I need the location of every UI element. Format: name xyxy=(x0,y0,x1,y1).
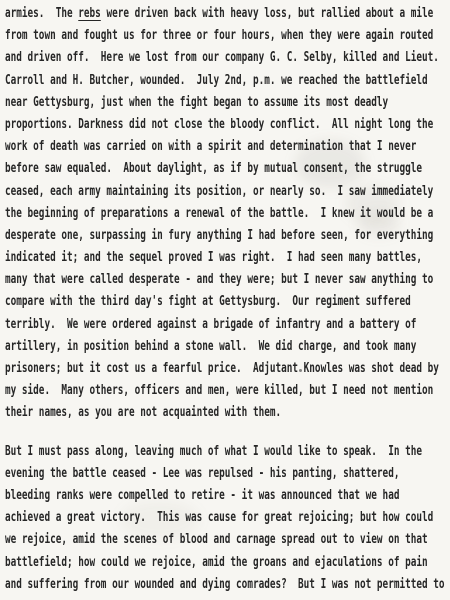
text-line: indicated it; and the sequel proved I wa… xyxy=(5,247,450,269)
paragraph-2: But I must pass along, leaving much of w… xyxy=(5,441,450,596)
text-line: compare with the third day's fight at Ge… xyxy=(5,291,450,313)
line1-pre: armies. The xyxy=(5,6,78,21)
line1-post: were driven back with heavy loss, but ra… xyxy=(101,6,433,21)
text-line: desperate one, surpassing in fury anythi… xyxy=(5,225,450,247)
text-line: Carroll and H. Butcher, wounded. July 2n… xyxy=(5,70,450,92)
text-line: before saw equaled. About daylight, as i… xyxy=(5,158,450,180)
text-line: work of death was carried on with a spir… xyxy=(5,136,450,158)
document-page: armies. The rebs were driven back with h… xyxy=(0,0,450,600)
text-line: ceased, each army maintaining its positi… xyxy=(5,181,450,203)
text-line: terribly. We were ordered against a brig… xyxy=(5,314,450,336)
paragraph-1: armies. The rebs were driven back with h… xyxy=(5,3,450,425)
text-line: achieved a great victory. This was cause… xyxy=(5,507,450,529)
text-line: bleeding ranks were compelled to retire … xyxy=(5,485,450,507)
text-line: prisoners; but it cost us a fearful pric… xyxy=(5,358,450,380)
text-line: from town and fought us for three or fou… xyxy=(5,25,450,47)
underlined-word-rebs: rebs xyxy=(78,6,101,21)
text-line: battlefield; how could we rejoice, amid … xyxy=(5,552,450,574)
text-line: and driven off. Here we lost from our co… xyxy=(5,47,450,69)
text-line: their names, as you are not acquainted w… xyxy=(5,402,450,424)
text-line: artillery, in position behind a stone wa… xyxy=(5,336,450,358)
text-line: evening the battle ceased - Lee was repu… xyxy=(5,463,450,485)
text-line: the beginning of preparations a renewal … xyxy=(5,203,450,225)
text-line: proportions. Darkness did not close the … xyxy=(5,114,450,136)
text-line: armies. The rebs were driven back with h… xyxy=(5,3,450,25)
text-line: near Gettysburg, just when the fight beg… xyxy=(5,92,450,114)
text-line: we rejoice, amid the scenes of blood and… xyxy=(5,529,450,551)
text-line: and suffering from our wounded and dying… xyxy=(5,574,450,596)
document-text: armies. The rebs were driven back with h… xyxy=(5,3,450,596)
text-line: my side. Many others, officers and men, … xyxy=(5,380,450,402)
text-line: But I must pass along, leaving much of w… xyxy=(5,441,450,463)
text-line: many that were called desperate - and th… xyxy=(5,269,450,291)
